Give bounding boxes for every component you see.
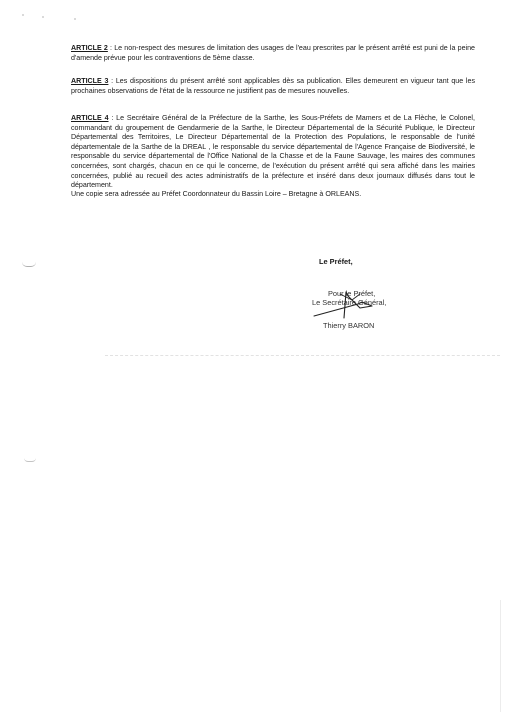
article-3-text: Les dispositions du présent arrêté sont … [71,77,475,95]
article-3: ARTICLE 3 : Les dispositions du présent … [71,77,475,96]
article-4: ARTICLE 4 : Le Secrétaire Général de la … [71,114,475,191]
signature-title: Le Préfet, [319,257,353,266]
article-4-separator: : [109,114,117,122]
fold-line [105,355,500,356]
article-4-label: ARTICLE 4 [71,114,109,122]
scan-mark [24,458,36,462]
signatory-name: Thierry BARON [323,321,374,330]
page-edge-shadow [500,600,501,712]
document-page: ARTICLE 2 : Le non-respect des mesures d… [0,0,512,724]
article-2: ARTICLE 2 : Le non-respect des mesures d… [71,44,475,63]
handwritten-signature [300,282,390,322]
article-3-label: ARTICLE 3 [71,77,108,85]
article-3-separator: : [108,77,115,85]
scan-specks [22,12,82,20]
copy-notice: Une copie sera adressée au Préfet Coordo… [71,190,475,200]
article-2-text: Le non-respect des mesures de limitation… [71,44,475,62]
article-4-text: Le Secrétaire Général de la Préfecture d… [71,114,475,189]
scan-mark [22,262,36,267]
article-2-label: ARTICLE 2 [71,44,108,52]
